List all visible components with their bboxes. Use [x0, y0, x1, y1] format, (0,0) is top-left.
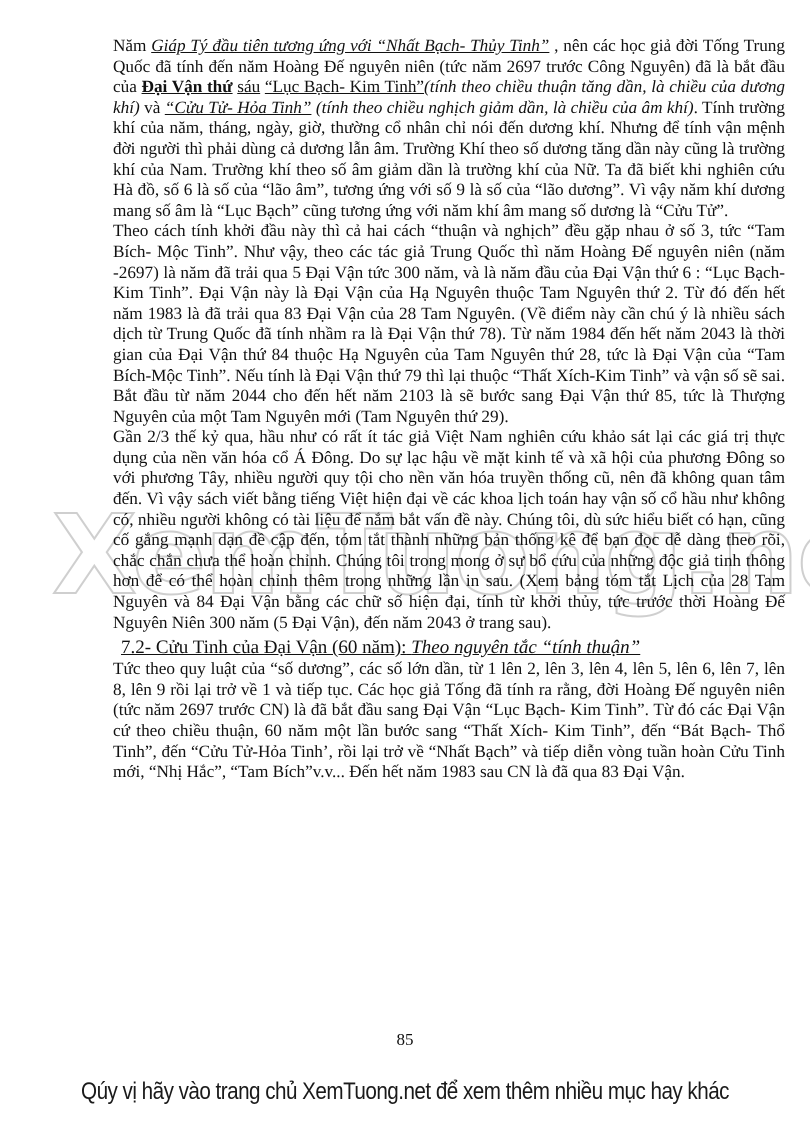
- section-subtitle: Theo nguyên tắc “tính thuận”: [411, 637, 640, 658]
- page-number: 85: [0, 1030, 810, 1050]
- paragraph-2: Theo cách tính khởi đầu này thì cả hai c…: [113, 221, 785, 427]
- emphasis-giap-ty: Giáp Tý đầu tiên tương ứng với “Nhất Bạc…: [151, 36, 549, 55]
- paragraph-1: Năm Giáp Tý đầu tiên tương ứng với “Nhất…: [113, 36, 785, 221]
- paragraph-4: Tức theo quy luật của “số dương”, các số…: [113, 659, 785, 783]
- paragraph-1-text-4: và: [140, 98, 165, 117]
- emphasis-dai-van-thu: Đại Vận thứ: [142, 77, 233, 96]
- section-heading: 7.2- Cửu Tinh của Đại Vận (60 năm): Theo…: [121, 637, 785, 659]
- italic-note-2: (tính theo chiều nghịch giảm dần, là chi…: [316, 98, 694, 117]
- footer-banner: Qúy vị hãy vào trang chủ XemTuong.net để…: [57, 1078, 754, 1106]
- paragraph-3: Gần 2/3 thế kỷ qua, hầu như có rất ít tá…: [113, 427, 785, 633]
- emphasis-sau: sáu: [237, 77, 260, 96]
- document-page: Năm Giáp Tý đầu tiên tương ứng với “Nhất…: [113, 36, 785, 783]
- emphasis-cuu-tu: “Cửu Tử- Hỏa Tinh”: [165, 98, 312, 117]
- section-title: 7.2- Cửu Tinh của Đại Vận (60 năm):: [121, 637, 406, 658]
- paragraph-1-lead: Năm: [113, 36, 151, 55]
- emphasis-luc-bach: “Lục Bạch- Kim Tinh”: [265, 77, 424, 96]
